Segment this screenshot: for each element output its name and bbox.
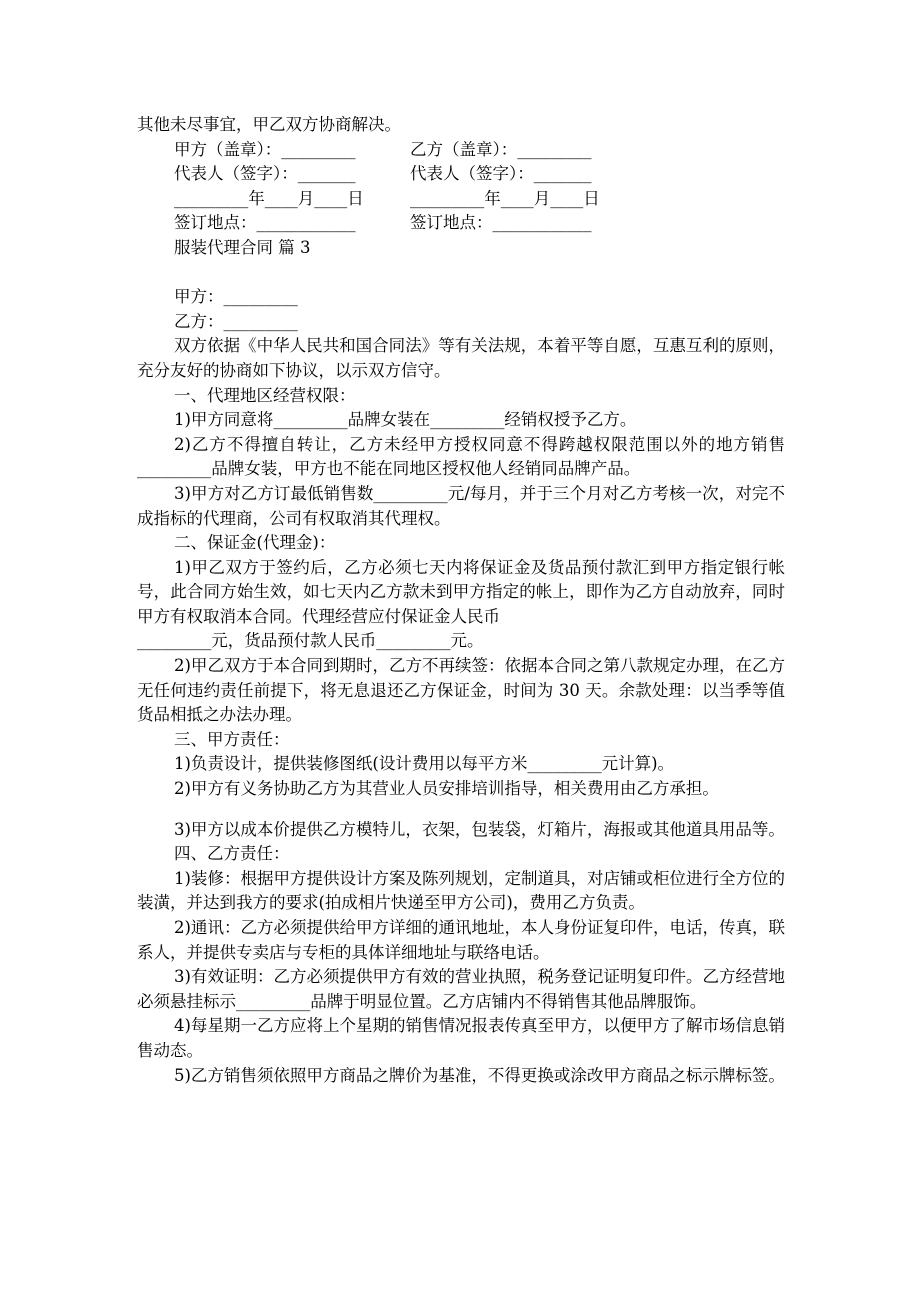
party-b-representative: 代表人（签字）：_______ [410, 162, 650, 187]
section-heading-1: 一、代理地区经营权限： [137, 384, 785, 409]
party-a-date: _________年____月____日 [174, 187, 410, 212]
party-b-seal: 乙方（盖章）：_________ [410, 138, 650, 163]
clause-1-3: 3)甲方对乙方订最低销售数_________元/每月，并于三个月对乙方考核一次，… [137, 482, 785, 531]
spacer [137, 261, 785, 286]
party-b-place: 签订地点：____________ [410, 211, 650, 236]
party-a-line: 甲方：_________ [137, 285, 785, 310]
clause-2-1: 1)甲乙双方于签约后，乙方必须七天内将保证金及货品预付款汇到甲方指定银行帐号，此… [137, 556, 785, 630]
section-heading-2: 二、保证金(代理金)： [137, 531, 785, 556]
clause-2-2: 2)甲乙双方于本合同到期时，乙方不再续签：依据本合同之第八款规定办理，在乙方无任… [137, 654, 785, 728]
clause-1-1: 1)甲方同意将_________品牌女装在_________经销权授予乙方。 [137, 408, 785, 433]
party-a-representative: 代表人（签字）：_______ [174, 162, 410, 187]
clause-4-5: 5)乙方销售须依照甲方商品之牌价为基准，不得更换或涂改甲方商品之标示牌标签。 [137, 1064, 785, 1089]
signature-block: 甲方（盖章）：_________ 乙方（盖章）：_________ 代表人（签字… [137, 138, 785, 236]
clause-3-1: 1)负责设计，提供装修图纸(设计费用以每平方米_________元计算)。 [137, 752, 785, 777]
party-a-seal: 甲方（盖章）：_________ [174, 138, 410, 163]
clause-2-1-amounts: _________元，货品预付款人民币_________元。 [137, 629, 785, 654]
spacer [137, 802, 785, 818]
section-heading-3: 三、甲方责任： [137, 728, 785, 753]
signature-row-seal: 甲方（盖章）：_________ 乙方（盖章）：_________ [137, 138, 785, 163]
party-a-place: 签订地点：____________ [174, 211, 410, 236]
party-b-date: _________年____月____日 [410, 187, 650, 212]
signature-row-place: 签订地点：____________ 签订地点：____________ [137, 211, 785, 236]
section-heading-4: 四、乙方责任： [137, 842, 785, 867]
clause-3-3: 3)甲方以成本价提供乙方模特儿，衣架，包装袋，灯箱片，海报或其他道具用品等。 [137, 818, 785, 843]
clause-4-4: 4)每星期一乙方应将上个星期的销售情况报表传真至甲方，以便甲方了解市场信息销售动… [137, 1014, 785, 1063]
clause-1-2: 2)乙方不得擅自转让，乙方未经甲方授权同意不得跨越权限范围以外的地方销售____… [137, 433, 785, 482]
signature-row-date: _________年____月____日 _________年____月____… [137, 187, 785, 212]
clause-4-1: 1)装修：根据甲方提供设计方案及陈列规划，定制道具，对店铺或柜位进行全方位的装潢… [137, 867, 785, 916]
party-b-line: 乙方：_________ [137, 310, 785, 335]
signature-row-representative: 代表人（签字）：_______ 代表人（签字）：_______ [137, 162, 785, 187]
preamble: 双方依据《中华人民共和国合同法》等有关法规，本着平等自愿，互惠互利的原则，充分友… [137, 334, 785, 383]
section-title: 服装代理合同 篇 3 [137, 236, 785, 261]
document-page: 其他未尽事宜，甲乙双方协商解决。 甲方（盖章）：_________ 乙方（盖章）… [137, 113, 785, 1088]
closing-line: 其他未尽事宜，甲乙双方协商解决。 [137, 113, 785, 138]
clause-4-2: 2)通讯：乙方必须提供给甲方详细的通讯地址，本人身份证复印件，电话，传真，联系人… [137, 916, 785, 965]
clause-3-2: 2)甲方有义务协助乙方为其营业人员安排培训指导，相关费用由乙方承担。 [137, 777, 785, 802]
clause-4-3: 3)有效证明：乙方必须提供甲方有效的营业执照，税务登记证明复印件。乙方经营地必须… [137, 965, 785, 1014]
